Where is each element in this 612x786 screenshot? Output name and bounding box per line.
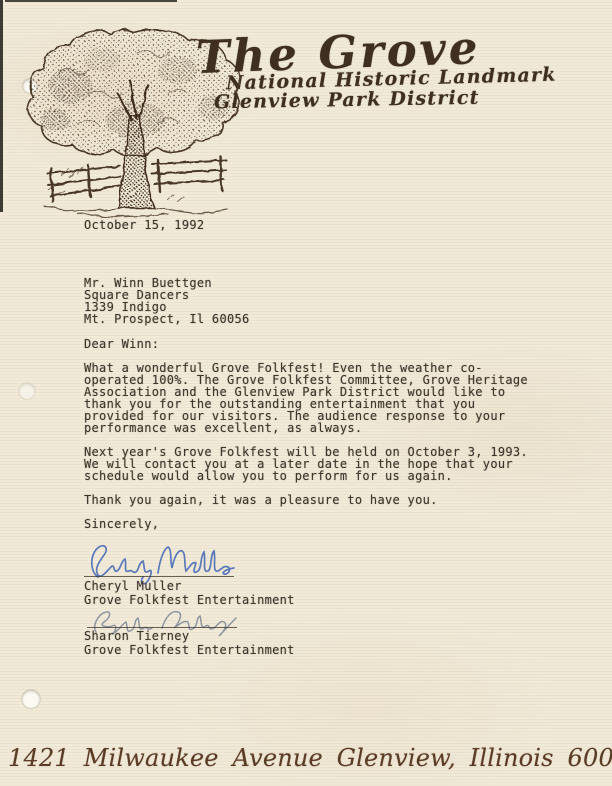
hole-punch-bottom	[22, 690, 40, 708]
letterhead-subtitle-district: Glenview Park District	[214, 87, 480, 114]
signature-line-1	[84, 575, 234, 577]
signer-2-title: Grove Folkfest Entertainment	[84, 644, 295, 656]
scan-edge-top	[5, 0, 177, 2]
paragraph-1: What a wonderful Grove Folkfest! Even th…	[84, 362, 564, 434]
signer-1-title: Grove Folkfest Entertainment	[84, 594, 295, 606]
closing: Sincerely,	[84, 518, 159, 530]
paragraph-2: Next year's Grove Folkfest will be held …	[84, 446, 564, 482]
footer-address-line: 1421 Milwaukee Avenue Glenview, Illinois…	[8, 744, 608, 772]
hole-punch-middle	[19, 383, 35, 399]
signature-line-2	[87, 626, 237, 628]
signer-2-name: Sharon Tierney	[84, 630, 189, 642]
paragraph-3: Thank you again, it was a pleasure to ha…	[84, 494, 564, 506]
recipient-city: Mt. Prospect, Il 60056	[84, 313, 250, 325]
salutation: Dear Winn:	[84, 338, 159, 350]
scan-edge-left	[0, 0, 3, 212]
scanned-letter-page: The Grove National Historic Landmark Gle…	[0, 0, 612, 786]
signer-1-name: Cheryl Muller	[84, 580, 182, 592]
letter-date: October 15, 1992	[84, 219, 204, 231]
